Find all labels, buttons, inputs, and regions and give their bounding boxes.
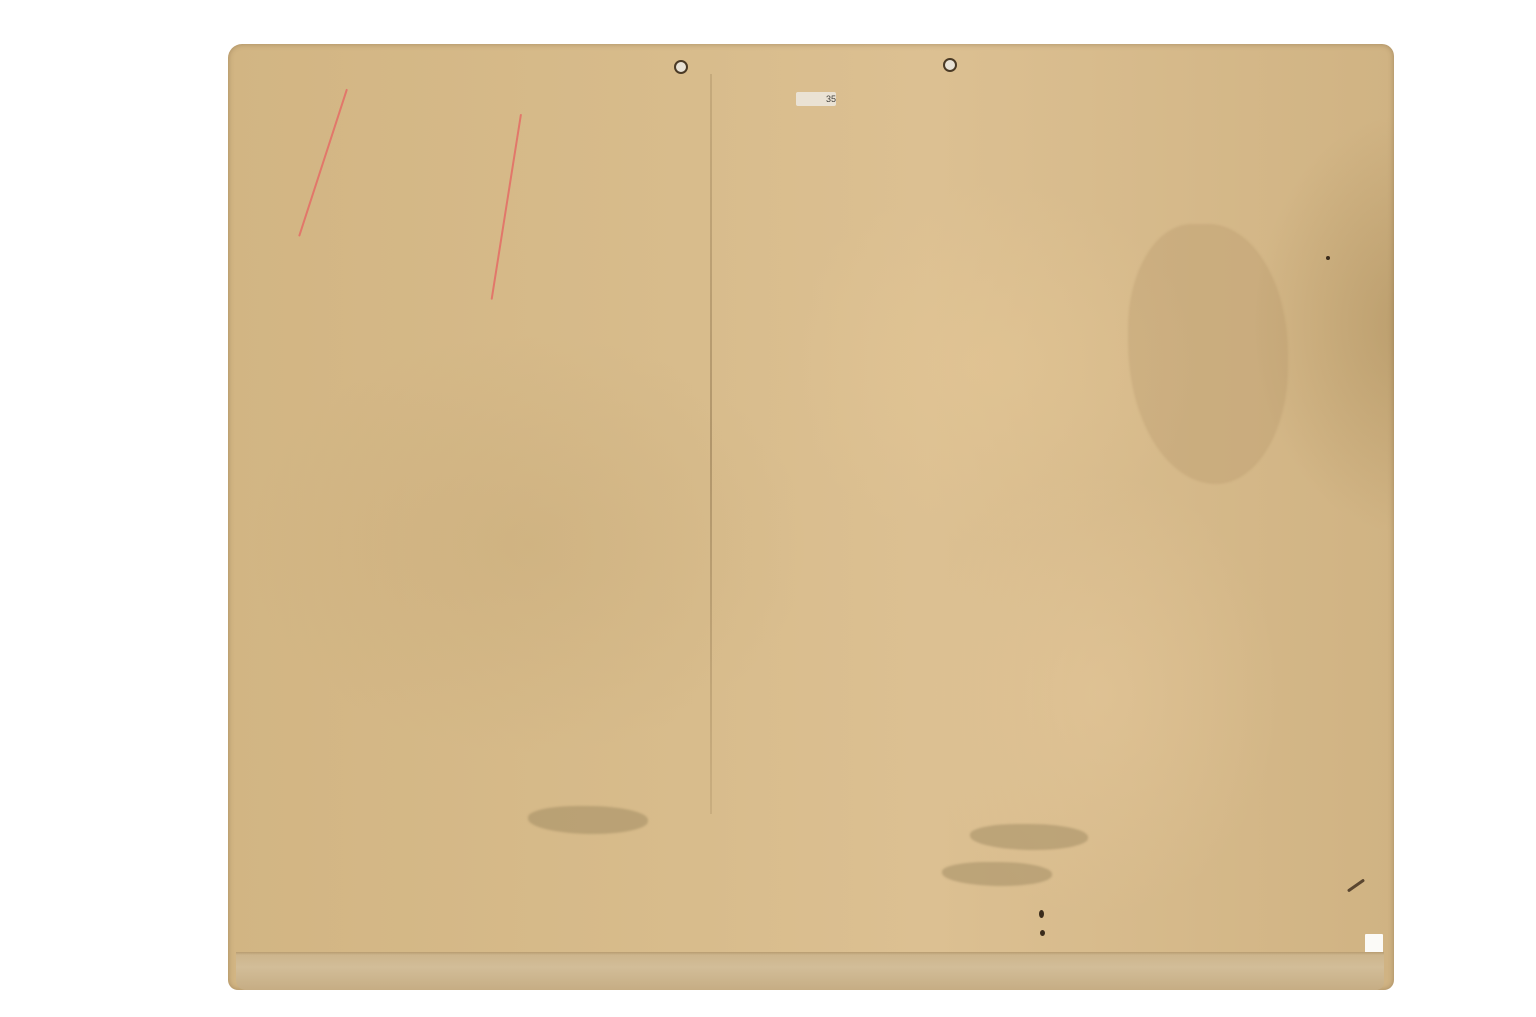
pencil-mark: [1347, 879, 1365, 893]
hanging-hole-left: [674, 60, 688, 74]
nail-hole-lower: [1040, 930, 1045, 936]
top-label-text: 35: [826, 94, 836, 104]
faded-corner-stain: [1128, 224, 1288, 484]
water-stain-left: [528, 806, 648, 834]
cardboard-panel-back: 35: [228, 44, 1394, 990]
board-bottom-edge: [236, 952, 1384, 990]
water-stain-center-lower: [942, 862, 1052, 886]
nail-hole-upper: [1039, 910, 1044, 918]
small-speck: [1326, 256, 1330, 260]
red-crayon-mark-left: [298, 89, 348, 237]
red-crayon-mark-right: [491, 114, 522, 300]
water-stain-center-upper: [970, 824, 1088, 850]
top-paper-label: 35: [796, 92, 836, 106]
vertical-crease: [710, 74, 712, 814]
hanging-hole-right: [943, 58, 957, 72]
